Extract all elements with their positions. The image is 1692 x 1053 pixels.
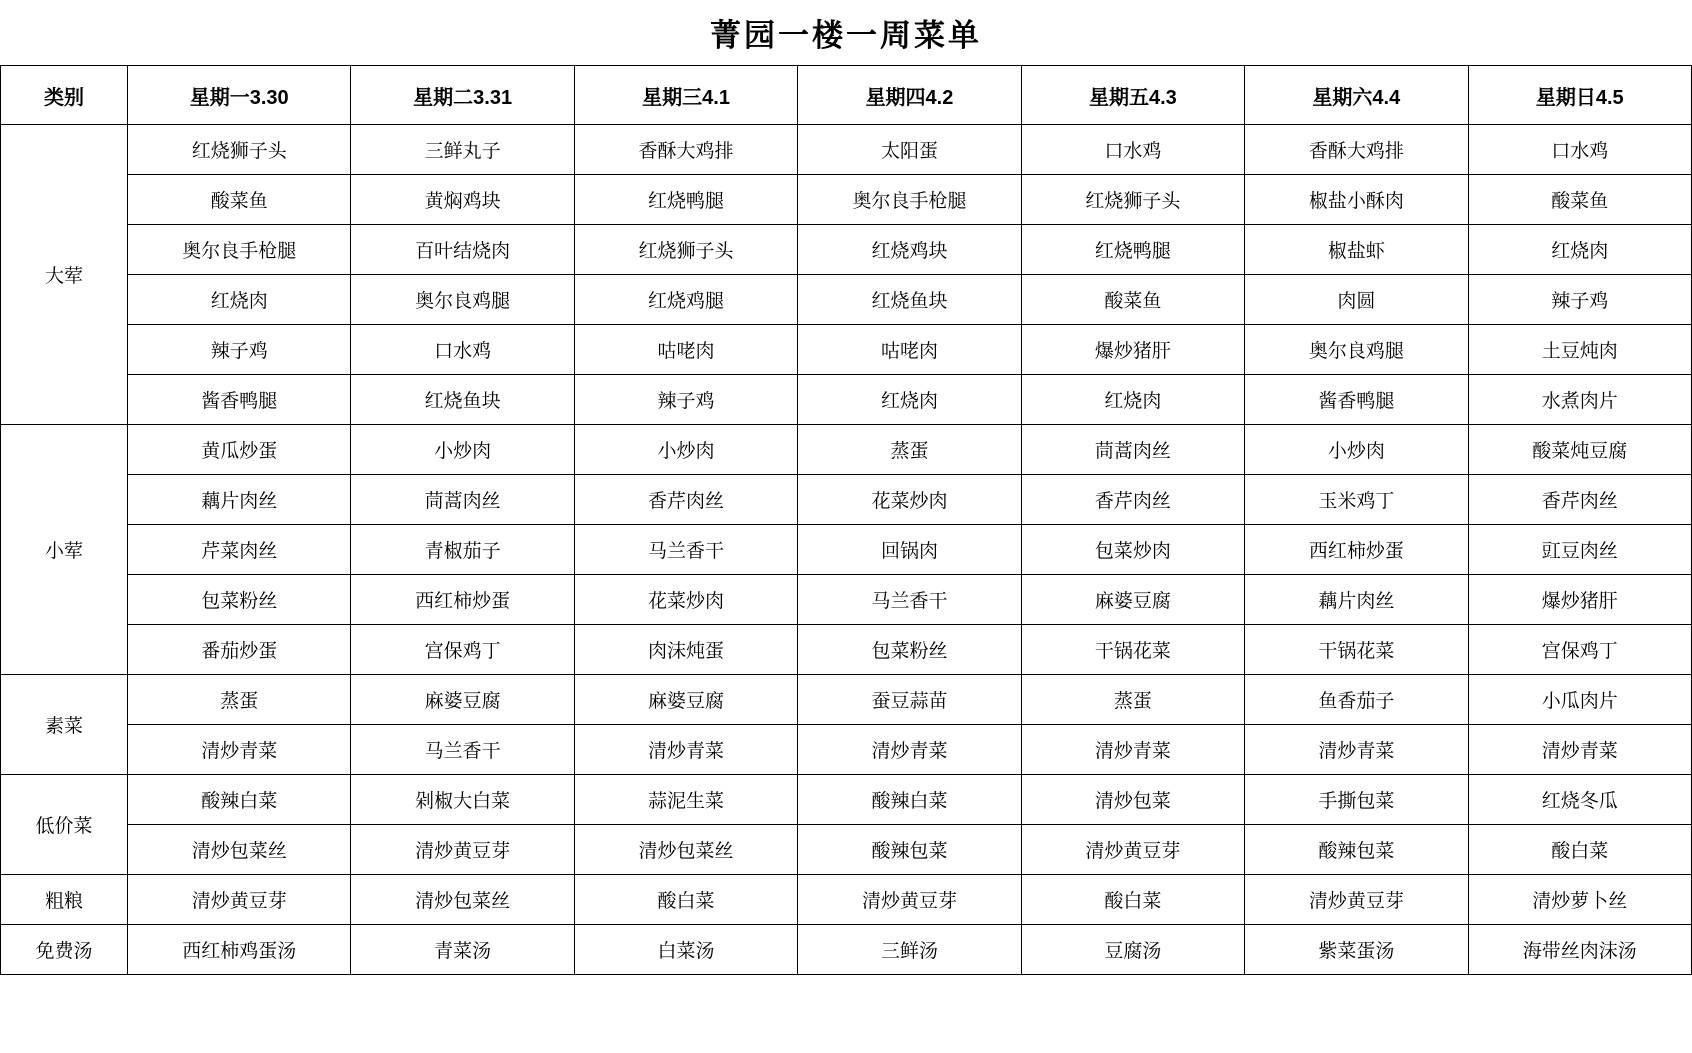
- menu-row: 清炒包菜丝清炒黄豆芽清炒包菜丝酸辣包菜清炒黄豆芽酸辣包菜酸白菜: [1, 825, 1692, 875]
- menu-cell: 清炒包菜丝: [574, 825, 797, 875]
- menu-cell: 清炒黄豆芽: [128, 875, 351, 925]
- page-title: 菁园一楼一周菜单: [0, 0, 1692, 65]
- menu-cell: 红烧鸡腿: [574, 275, 797, 325]
- menu-table-body: 大荤红烧狮子头三鲜丸子香酥大鸡排太阳蛋口水鸡香酥大鸡排口水鸡酸菜鱼黄焖鸡块红烧鸭…: [1, 125, 1692, 975]
- menu-cell: 香芹肉丝: [1468, 475, 1691, 525]
- menu-cell: 酱香鸭腿: [1245, 375, 1468, 425]
- menu-cell: 黄焖鸡块: [351, 175, 574, 225]
- menu-cell: 肉圆: [1245, 275, 1468, 325]
- menu-cell: 酱香鸭腿: [128, 375, 351, 425]
- menu-cell: 豇豆肉丝: [1468, 525, 1691, 575]
- menu-cell: 三鲜汤: [798, 925, 1021, 975]
- menu-cell: 麻婆豆腐: [351, 675, 574, 725]
- menu-cell: 蒜泥生菜: [574, 775, 797, 825]
- menu-cell: 芹菜肉丝: [128, 525, 351, 575]
- day-header: 星期二3.31: [351, 66, 574, 125]
- menu-cell: 香芹肉丝: [574, 475, 797, 525]
- menu-cell: 酸菜鱼: [128, 175, 351, 225]
- menu-cell: 玉米鸡丁: [1245, 475, 1468, 525]
- menu-cell: 红烧鱼块: [798, 275, 1021, 325]
- menu-cell: 马兰香干: [798, 575, 1021, 625]
- menu-cell: 红烧狮子头: [574, 225, 797, 275]
- menu-cell: 蒸蛋: [798, 425, 1021, 475]
- menu-cell: 蚕豆蒜苗: [798, 675, 1021, 725]
- menu-cell: 爆炒猪肝: [1021, 325, 1244, 375]
- menu-cell: 清炒黄豆芽: [798, 875, 1021, 925]
- menu-cell: 红烧鸡块: [798, 225, 1021, 275]
- menu-cell: 香酥大鸡排: [1245, 125, 1468, 175]
- menu-cell: 香酥大鸡排: [574, 125, 797, 175]
- menu-cell: 豆腐汤: [1021, 925, 1244, 975]
- menu-cell: 酸菜炖豆腐: [1468, 425, 1691, 475]
- menu-cell: 红烧肉: [1468, 225, 1691, 275]
- menu-cell: 红烧肉: [1021, 375, 1244, 425]
- menu-cell: 奥尔良手枪腿: [798, 175, 1021, 225]
- menu-cell: 包菜炒肉: [1021, 525, 1244, 575]
- menu-cell: 花菜炒肉: [574, 575, 797, 625]
- menu-cell: 马兰香干: [574, 525, 797, 575]
- menu-cell: 咕咾肉: [574, 325, 797, 375]
- menu-cell: 宫保鸡丁: [1468, 625, 1691, 675]
- menu-cell: 花菜炒肉: [798, 475, 1021, 525]
- menu-cell: 清炒萝卜丝: [1468, 875, 1691, 925]
- menu-row: 免费汤西红柿鸡蛋汤青菜汤白菜汤三鲜汤豆腐汤紫菜蛋汤海带丝肉沫汤: [1, 925, 1692, 975]
- category-cell: 素菜: [1, 675, 128, 775]
- menu-cell: 麻婆豆腐: [574, 675, 797, 725]
- menu-cell: 口水鸡: [351, 325, 574, 375]
- menu-cell: 土豆炖肉: [1468, 325, 1691, 375]
- menu-cell: 白菜汤: [574, 925, 797, 975]
- menu-cell: 包菜粉丝: [798, 625, 1021, 675]
- day-header: 星期四4.2: [798, 66, 1021, 125]
- menu-cell: 清炒包菜丝: [351, 875, 574, 925]
- menu-cell: 红烧冬瓜: [1468, 775, 1691, 825]
- menu-cell: 辣子鸡: [574, 375, 797, 425]
- menu-cell: 红烧鱼块: [351, 375, 574, 425]
- day-header: 星期三4.1: [574, 66, 797, 125]
- menu-cell: 手撕包菜: [1245, 775, 1468, 825]
- menu-cell: 清炒青菜: [1021, 725, 1244, 775]
- menu-cell: 奥尔良鸡腿: [351, 275, 574, 325]
- menu-cell: 小瓜肉片: [1468, 675, 1691, 725]
- menu-cell: 西红柿炒蛋: [1245, 525, 1468, 575]
- menu-cell: 红烧狮子头: [1021, 175, 1244, 225]
- menu-cell: 口水鸡: [1021, 125, 1244, 175]
- menu-cell: 清炒青菜: [128, 725, 351, 775]
- menu-cell: 红烧狮子头: [128, 125, 351, 175]
- menu-cell: 红烧鸭腿: [574, 175, 797, 225]
- menu-cell: 清炒青菜: [798, 725, 1021, 775]
- menu-cell: 小炒肉: [351, 425, 574, 475]
- menu-cell: 茼蒿肉丝: [351, 475, 574, 525]
- menu-cell: 青菜汤: [351, 925, 574, 975]
- menu-cell: 椒盐虾: [1245, 225, 1468, 275]
- menu-cell: 黄瓜炒蛋: [128, 425, 351, 475]
- menu-cell: 茼蒿肉丝: [1021, 425, 1244, 475]
- menu-cell: 酸白菜: [574, 875, 797, 925]
- menu-cell: 蒸蛋: [1021, 675, 1244, 725]
- menu-cell: 西红柿鸡蛋汤: [128, 925, 351, 975]
- menu-cell: 宫保鸡丁: [351, 625, 574, 675]
- menu-row: 包菜粉丝西红柿炒蛋花菜炒肉马兰香干麻婆豆腐藕片肉丝爆炒猪肝: [1, 575, 1692, 625]
- menu-cell: 清炒青菜: [1468, 725, 1691, 775]
- menu-cell: 蒸蛋: [128, 675, 351, 725]
- menu-cell: 清炒黄豆芽: [351, 825, 574, 875]
- menu-cell: 酸辣白菜: [128, 775, 351, 825]
- menu-cell: 干锅花菜: [1021, 625, 1244, 675]
- menu-cell: 奥尔良鸡腿: [1245, 325, 1468, 375]
- menu-cell: 红烧肉: [798, 375, 1021, 425]
- menu-cell: 酸辣包菜: [1245, 825, 1468, 875]
- menu-cell: 清炒包菜丝: [128, 825, 351, 875]
- menu-cell: 清炒青菜: [574, 725, 797, 775]
- menu-row: 芹菜肉丝青椒茄子马兰香干回锅肉包菜炒肉西红柿炒蛋豇豆肉丝: [1, 525, 1692, 575]
- menu-cell: 回锅肉: [798, 525, 1021, 575]
- category-cell: 大荤: [1, 125, 128, 425]
- menu-cell: 奥尔良手枪腿: [128, 225, 351, 275]
- menu-cell: 香芹肉丝: [1021, 475, 1244, 525]
- menu-cell: 清炒青菜: [1245, 725, 1468, 775]
- day-header: 星期日4.5: [1468, 66, 1691, 125]
- menu-cell: 酸辣白菜: [798, 775, 1021, 825]
- menu-row: 低价菜酸辣白菜剁椒大白菜蒜泥生菜酸辣白菜清炒包菜手撕包菜红烧冬瓜: [1, 775, 1692, 825]
- menu-row: 素菜蒸蛋麻婆豆腐麻婆豆腐蚕豆蒜苗蒸蛋鱼香茄子小瓜肉片: [1, 675, 1692, 725]
- menu-cell: 麻婆豆腐: [1021, 575, 1244, 625]
- category-cell: 免费汤: [1, 925, 128, 975]
- menu-cell: 鱼香茄子: [1245, 675, 1468, 725]
- menu-cell: 太阳蛋: [798, 125, 1021, 175]
- menu-cell: 爆炒猪肝: [1468, 575, 1691, 625]
- menu-cell: 干锅花菜: [1245, 625, 1468, 675]
- menu-row: 清炒青菜马兰香干清炒青菜清炒青菜清炒青菜清炒青菜清炒青菜: [1, 725, 1692, 775]
- menu-cell: 清炒黄豆芽: [1245, 875, 1468, 925]
- menu-cell: 藕片肉丝: [1245, 575, 1468, 625]
- menu-cell: 西红柿炒蛋: [351, 575, 574, 625]
- menu-cell: 紫菜蛋汤: [1245, 925, 1468, 975]
- menu-cell: 水煮肉片: [1468, 375, 1691, 425]
- category-column-header: 类别: [1, 66, 128, 125]
- menu-row: 奥尔良手枪腿百叶结烧肉红烧狮子头红烧鸡块红烧鸭腿椒盐虾红烧肉: [1, 225, 1692, 275]
- day-header: 星期一3.30: [128, 66, 351, 125]
- menu-cell: 肉沫炖蛋: [574, 625, 797, 675]
- menu-cell: 小炒肉: [574, 425, 797, 475]
- menu-page: 菁园一楼一周菜单 类别星期一3.30星期二3.31星期三4.1星期四4.2星期五…: [0, 0, 1692, 1053]
- menu-row: 辣子鸡口水鸡咕咾肉咕咾肉爆炒猪肝奥尔良鸡腿土豆炖肉: [1, 325, 1692, 375]
- menu-cell: 清炒黄豆芽: [1021, 825, 1244, 875]
- menu-cell: 椒盐小酥肉: [1245, 175, 1468, 225]
- category-cell: 小荤: [1, 425, 128, 675]
- menu-cell: 红烧肉: [128, 275, 351, 325]
- menu-row: 红烧肉奥尔良鸡腿红烧鸡腿红烧鱼块酸菜鱼肉圆辣子鸡: [1, 275, 1692, 325]
- menu-cell: 酸辣包菜: [798, 825, 1021, 875]
- menu-cell: 包菜粉丝: [128, 575, 351, 625]
- menu-cell: 三鲜丸子: [351, 125, 574, 175]
- menu-cell: 口水鸡: [1468, 125, 1691, 175]
- menu-row: 藕片肉丝茼蒿肉丝香芹肉丝花菜炒肉香芹肉丝玉米鸡丁香芹肉丝: [1, 475, 1692, 525]
- menu-cell: 青椒茄子: [351, 525, 574, 575]
- menu-cell: 番茄炒蛋: [128, 625, 351, 675]
- menu-cell: 酸白菜: [1468, 825, 1691, 875]
- menu-row: 番茄炒蛋宫保鸡丁肉沫炖蛋包菜粉丝干锅花菜干锅花菜宫保鸡丁: [1, 625, 1692, 675]
- menu-cell: 清炒包菜: [1021, 775, 1244, 825]
- menu-table-head-row: 类别星期一3.30星期二3.31星期三4.1星期四4.2星期五4.3星期六4.4…: [1, 66, 1692, 125]
- menu-cell: 百叶结烧肉: [351, 225, 574, 275]
- menu-cell: 红烧鸭腿: [1021, 225, 1244, 275]
- category-cell: 低价菜: [1, 775, 128, 875]
- weekly-menu-table: 类别星期一3.30星期二3.31星期三4.1星期四4.2星期五4.3星期六4.4…: [0, 65, 1692, 975]
- menu-cell: 海带丝肉沫汤: [1468, 925, 1691, 975]
- menu-cell: 酸白菜: [1021, 875, 1244, 925]
- menu-row: 酱香鸭腿红烧鱼块辣子鸡红烧肉红烧肉酱香鸭腿水煮肉片: [1, 375, 1692, 425]
- menu-row: 粗粮清炒黄豆芽清炒包菜丝酸白菜清炒黄豆芽酸白菜清炒黄豆芽清炒萝卜丝: [1, 875, 1692, 925]
- category-cell: 粗粮: [1, 875, 128, 925]
- menu-cell: 酸菜鱼: [1468, 175, 1691, 225]
- menu-row: 大荤红烧狮子头三鲜丸子香酥大鸡排太阳蛋口水鸡香酥大鸡排口水鸡: [1, 125, 1692, 175]
- menu-row: 小荤黄瓜炒蛋小炒肉小炒肉蒸蛋茼蒿肉丝小炒肉酸菜炖豆腐: [1, 425, 1692, 475]
- menu-row: 酸菜鱼黄焖鸡块红烧鸭腿奥尔良手枪腿红烧狮子头椒盐小酥肉酸菜鱼: [1, 175, 1692, 225]
- menu-cell: 辣子鸡: [1468, 275, 1691, 325]
- day-header: 星期五4.3: [1021, 66, 1244, 125]
- day-header: 星期六4.4: [1245, 66, 1468, 125]
- menu-cell: 咕咾肉: [798, 325, 1021, 375]
- menu-cell: 小炒肉: [1245, 425, 1468, 475]
- menu-cell: 辣子鸡: [128, 325, 351, 375]
- menu-cell: 藕片肉丝: [128, 475, 351, 525]
- menu-cell: 酸菜鱼: [1021, 275, 1244, 325]
- menu-cell: 马兰香干: [351, 725, 574, 775]
- menu-cell: 剁椒大白菜: [351, 775, 574, 825]
